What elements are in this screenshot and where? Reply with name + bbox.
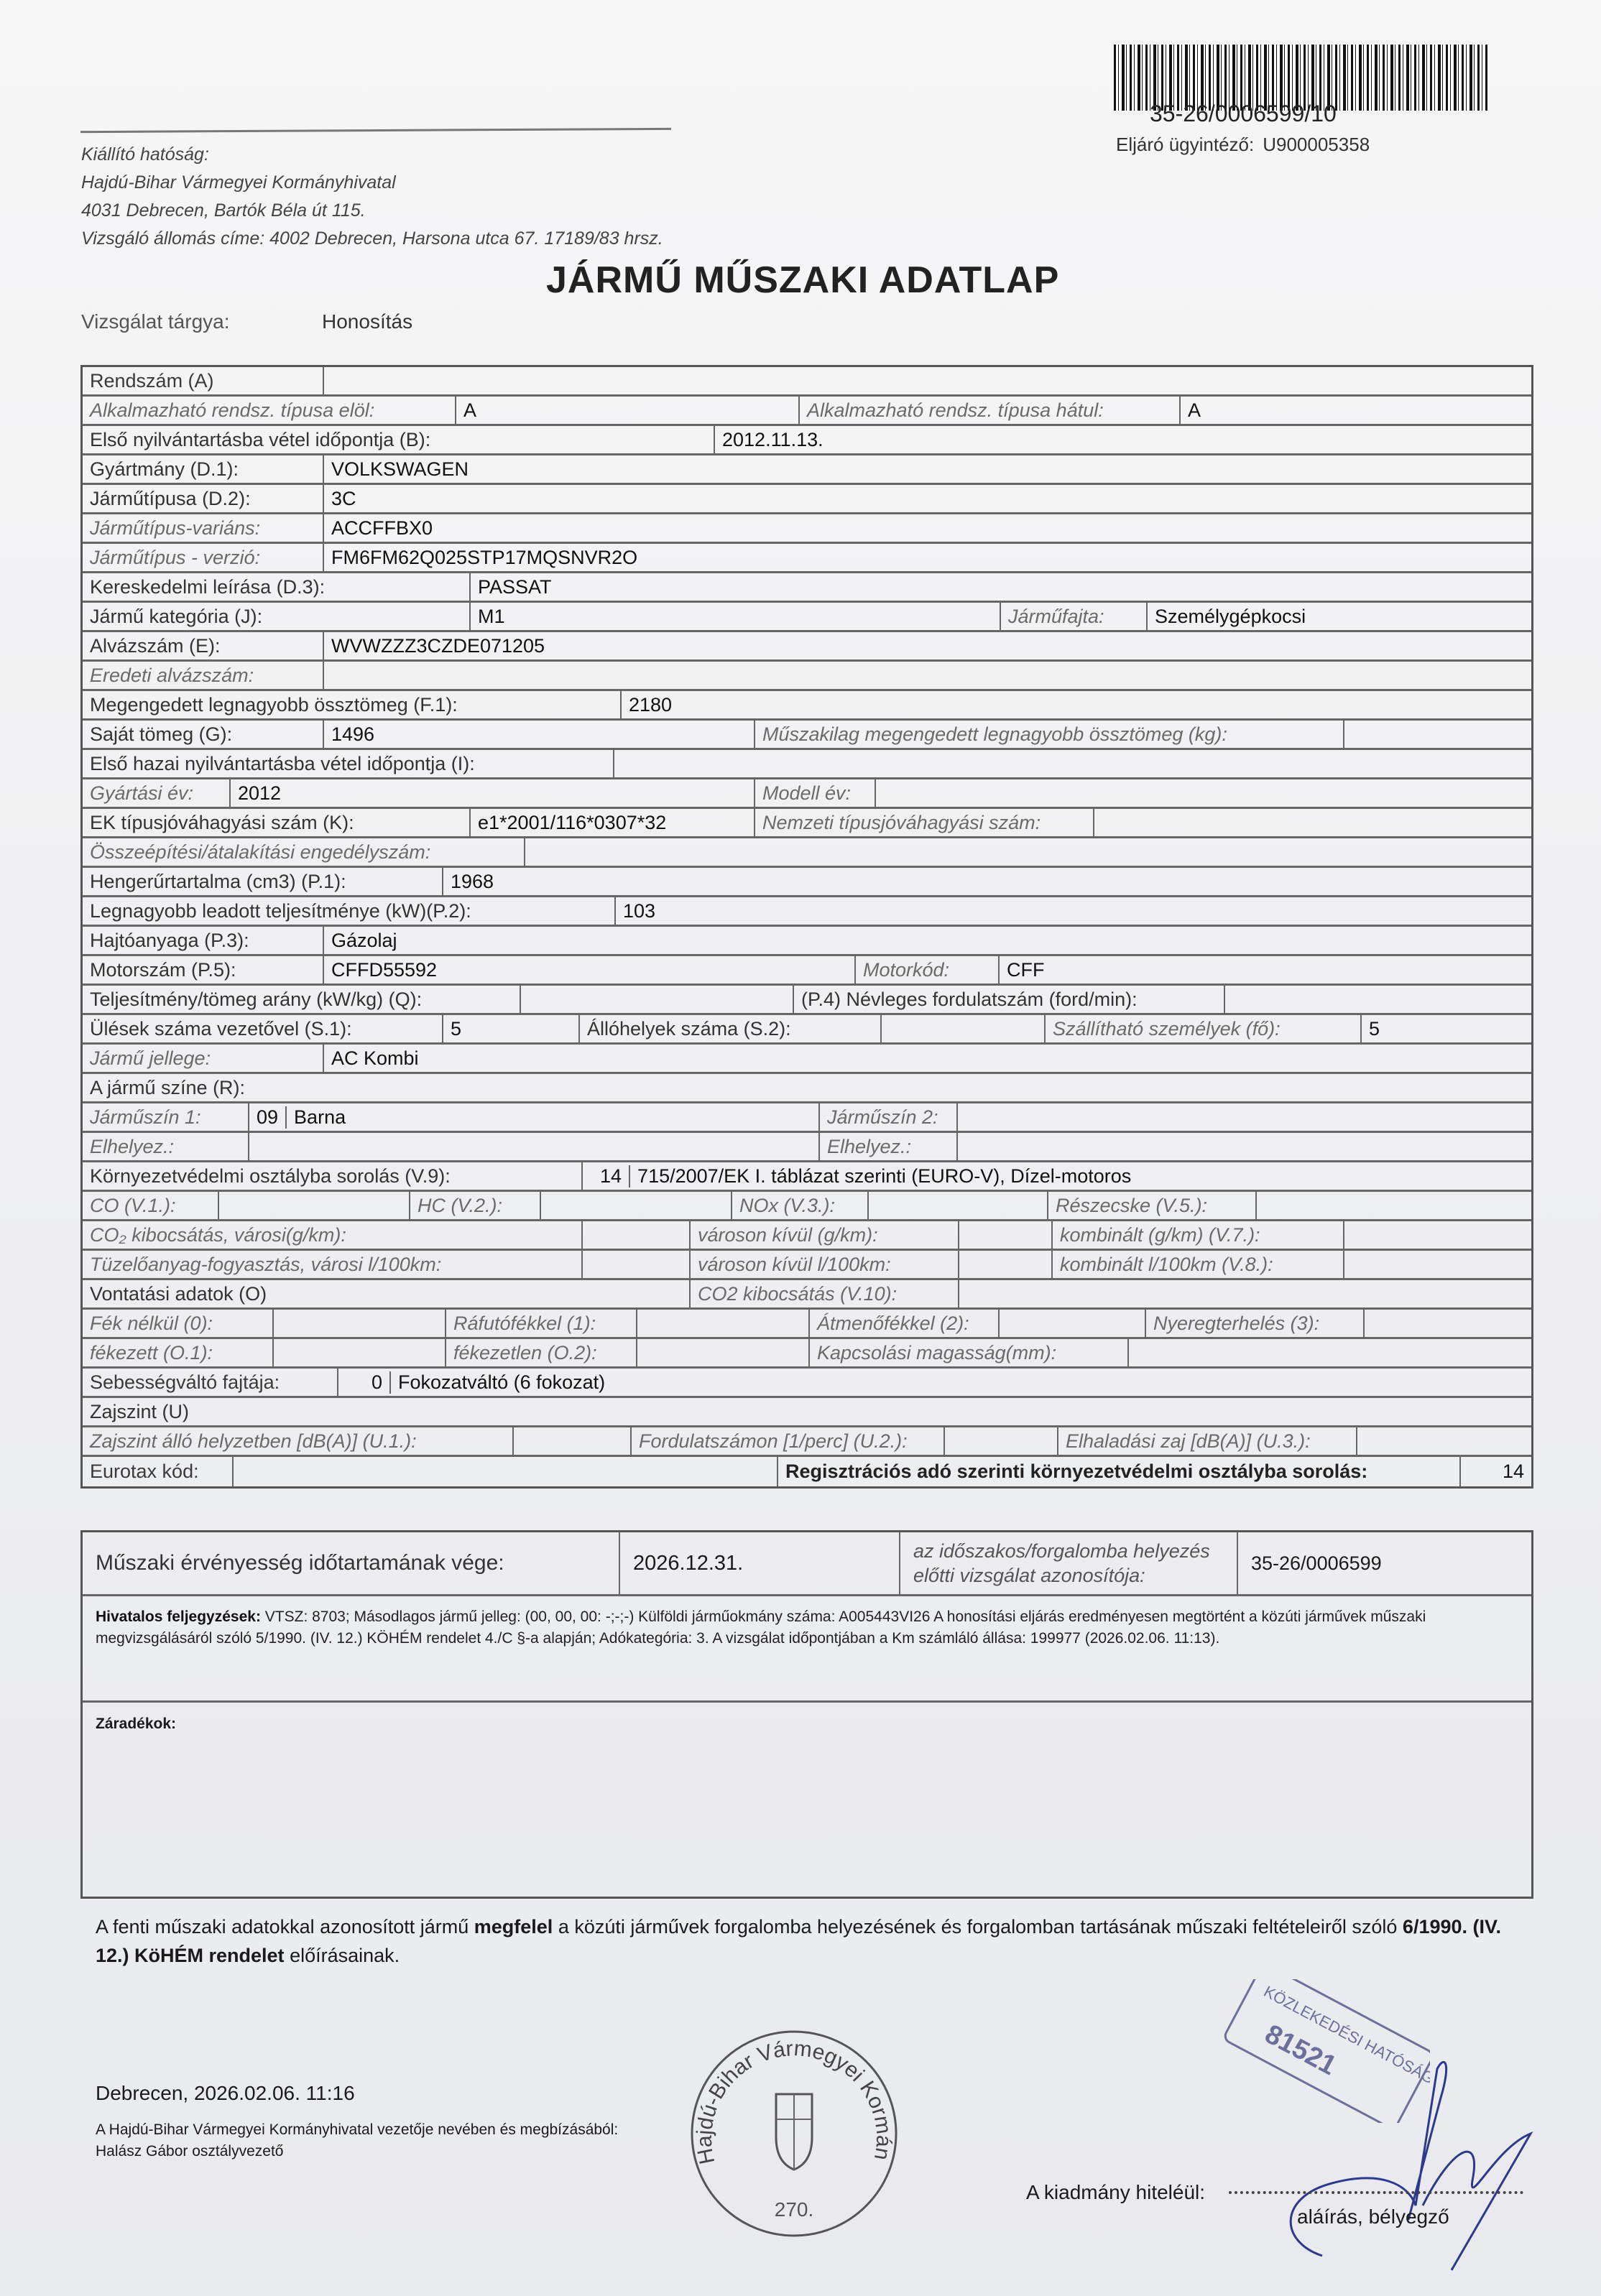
label-own-mass: Saját tömeg (G): [83, 721, 324, 748]
clauses-box: Záradékok: [83, 1703, 1531, 1897]
label-category: Jármű kategória (J): [83, 603, 471, 630]
value-plate-rear: A [1181, 397, 1531, 424]
row-placement: Elhelyez.: Elhelyez.: [83, 1133, 1531, 1162]
signature-caption: aláírás, bélyegző [1297, 2205, 1449, 2228]
notes-title: Hivatalos feljegyzések: [96, 1608, 261, 1625]
svg-text:270.: 270. [775, 2198, 814, 2221]
env-class-desc: 715/2007/EK I. táblázat szerinti (EURO-V… [629, 1165, 1131, 1188]
label-plate-front: Alkalmazható rendsz. típusa elöl: [83, 397, 456, 424]
label-vin: Alvázszám (E): [83, 632, 324, 659]
value-fuel-city [583, 1251, 691, 1278]
label-color: A jármű színe (R): [83, 1074, 1531, 1101]
barcode-number: 35-26/0006599/10 [1150, 101, 1337, 127]
conformity-statement: A fenti műszaki adatokkal azonosított já… [96, 1912, 1533, 1970]
label-co2-city: CO₂ kibocsátás, városi(g/km): [83, 1221, 583, 1249]
value-category: M1 [471, 603, 1001, 630]
vehicle-data-table: Rendszám (A) Alkalmazható rendsz. típusa… [80, 365, 1533, 1489]
label-coupling: Kapcsolási magasság(mm): [810, 1339, 1129, 1366]
case-handler: Eljáró ügyintéző:U900005358 [1116, 134, 1370, 156]
value-noise-stat [514, 1427, 632, 1455]
value-color2 [958, 1103, 1531, 1131]
value-fuel: Gázolaj [324, 927, 1531, 954]
station-address: Vizsgáló állomás címe: 4002 Debrecen, Ha… [81, 225, 663, 253]
label-engine-no: Motorszám (P.5): [83, 956, 324, 983]
label-co2-extra: városon kívül (g/km): [691, 1221, 959, 1249]
case-handler-label: Eljáró ügyintéző: [1116, 134, 1254, 155]
label-fuel-city: Tüzelőanyag-fogyasztás, városi l/100km: [83, 1251, 583, 1278]
label-noise: Zajszint (U) [83, 1398, 1531, 1425]
row-color1: Járműszín 1: 09 Barna Járműszín 2: [83, 1103, 1531, 1133]
value-make: VOLKSWAGEN [324, 455, 1531, 483]
row-vin: Alvázszám (E): WVWZZZ3CZDE071205 [83, 632, 1531, 662]
label-model-year: Modell év: [755, 779, 876, 807]
certify-label: A kiadmány hiteléül: [1026, 2181, 1205, 2204]
row-gearbox: Sebességváltó fajtája: 0 Fokozatváltó (6… [83, 1369, 1531, 1398]
value-place2 [958, 1133, 1531, 1160]
label-tech-mass: Műszakilag megengedett legnagyobb össztö… [755, 721, 1344, 748]
value-reg-tax: 14 [1461, 1457, 1531, 1486]
validity-value: 2026.12.31. [620, 1532, 900, 1594]
clauses-label: Záradékok: [96, 1716, 176, 1732]
row-type: Járműtípusa (D.2): 3C [83, 485, 1531, 514]
row-displacement: Hengerűrtartalma (cm3) (P.1): 1968 [83, 868, 1531, 897]
signer-name: Halász Gábor osztályvezető [96, 2141, 618, 2162]
label-through: Átmenőfékkel (2): [810, 1310, 1000, 1337]
value-tech-mass [1344, 721, 1531, 748]
row-pw-ratio: Teljesítmény/tömeg arány (kW/kg) (Q): (P… [83, 986, 1531, 1015]
label-eurotax: Eurotax kód: [83, 1457, 234, 1486]
label-power: Legnagyobb leadott teljesítménye (kW)(P.… [83, 897, 616, 925]
row-plate-type: Alkalmazható rendsz. típusa elöl: A Alka… [83, 397, 1531, 426]
value-prod-year: 2012 [231, 779, 755, 807]
label-type: Járműtípusa (D.2): [83, 485, 324, 512]
row-emissions: CO (V.1.): HC (V.2.): NOx (V.3.): Részec… [83, 1192, 1531, 1221]
conform-text-1: A fenti műszaki adatokkal azonosított já… [96, 1916, 474, 1938]
label-first-reg: Első nyilvántartásba vétel időpontja (B)… [83, 426, 715, 453]
row-version: Járműtípus - verzió: FM6FM62Q025STP17MQS… [83, 544, 1531, 573]
label-fuel-extra: városon kívül l/100km: [691, 1251, 959, 1278]
value-conversion [525, 838, 1531, 866]
value-first-dom-reg [614, 750, 1531, 777]
value-fuel-comb [1344, 1251, 1531, 1278]
label-rpm: (P.4) Névleges fordulatszám (ford/min): [794, 986, 1225, 1013]
label-env-class: Környezetvédelmi osztályba sorolás (V.9)… [83, 1162, 583, 1190]
issuer-label: Kiállító hatóság: [81, 141, 663, 169]
conform-text-3: előírásainak. [285, 1945, 400, 1966]
label-conversion: Összeépítési/átalakítási engedélyszám: [83, 838, 525, 866]
label-orig-vin: Eredeti alvázszám: [83, 662, 324, 689]
label-version: Járműtípus - verzió: [83, 544, 324, 571]
row-conversion: Összeépítési/átalakítási engedélyszám: [83, 838, 1531, 868]
label-plate-rear: Alkalmazható rendsz. típusa hátul: [800, 397, 1181, 424]
label-co2-comb: kombinált (g/km) (V.7.): [1053, 1221, 1344, 1249]
row-first-reg: Első nyilvántartásba vétel időpontja (B)… [83, 426, 1531, 455]
label-color1: Járműszín 1: [83, 1103, 249, 1131]
value-nat-approval [1094, 809, 1531, 836]
row-variant: Járműtípus-variáns: ACCFFBX0 [83, 514, 1531, 544]
row-noise: Zajszint álló helyzetben [dB(A)] (U.1.):… [83, 1427, 1531, 1457]
value-engine-code: CFF [1000, 956, 1531, 983]
label-make: Gyártmány (D.1): [83, 455, 324, 483]
label-unbraked: fékezetlen (O.2): [446, 1339, 637, 1366]
color1-name: Barna [285, 1106, 346, 1129]
value-standing [882, 1015, 1046, 1042]
row-fuel: Hajtóanyaga (P.3): Gázolaj [83, 927, 1531, 956]
row-max-mass: Megengedett legnagyobb össztömeg (F.1): … [83, 691, 1531, 721]
row-co2: CO₂ kibocsátás, városi(g/km): városon kí… [83, 1221, 1531, 1251]
issuer-block: Kiállító hatóság: Hajdú-Bihar Vármegyei … [81, 141, 663, 253]
row-engine: Motorszám (P.5): CFFD55592 Motorkód: CFF [83, 956, 1531, 986]
header-rule [80, 128, 671, 133]
label-co2-v10: CO2 kibocsátás (V.10): [691, 1280, 959, 1307]
label-overrun: Ráfutófékkel (1): [446, 1310, 637, 1337]
value-co2-city [583, 1221, 691, 1249]
row-orig-vin: Eredeti alvázszám: [83, 662, 1531, 691]
row-make: Gyártmány (D.1): VOLKSWAGEN [83, 455, 1531, 485]
label-no-brake: Fék nélkül (0): [83, 1310, 274, 1337]
notes-text: VTSZ: 8703; Másodlagos jármű jelleg: (00… [96, 1608, 1426, 1647]
label-reg-tax: Regisztrációs adó szerinti környezetvéde… [778, 1457, 1461, 1486]
row-env-class: Környezetvédelmi osztályba sorolás (V.9)… [83, 1162, 1531, 1192]
label-variant: Járműtípus-variáns: [83, 514, 324, 542]
row-own-mass: Saját tömeg (G): 1496 Műszakilag megenge… [83, 721, 1531, 750]
value-place1 [249, 1133, 820, 1160]
value-co [219, 1192, 410, 1219]
value-fuel-extra [959, 1251, 1053, 1278]
round-seal-icon: Hajdú-Bihar Vármegyei Kormányhivatal 270… [686, 2026, 902, 2241]
label-engine-code: Motorkód: [856, 956, 1000, 983]
label-saddle: Nyeregterhelés (3): [1146, 1310, 1365, 1337]
row-seats: Ülések száma vezetővel (S.1): 5 Állóhely… [83, 1015, 1531, 1045]
signature-icon [1236, 2040, 1538, 2277]
value-trade: PASSAT [471, 573, 1531, 601]
signer-line-1: A Hajdú-Bihar Vármegyei Kormányhivatal v… [96, 2119, 618, 2141]
label-persons: Szállítható személyek (fő): [1046, 1015, 1362, 1042]
issuer-address: 4031 Debrecen, Bartók Béla út 115. [81, 197, 663, 225]
value-noise-rpm [945, 1427, 1058, 1455]
gearbox-code: 0 [372, 1371, 382, 1394]
value-pw-ratio [521, 986, 794, 1013]
row-fuel-cons: Tüzelőanyag-fogyasztás, városi l/100km: … [83, 1251, 1531, 1280]
label-rendszam: Rendszám (A) [83, 367, 324, 394]
conform-text-2: a közúti járművek forgalomba helyezéséne… [553, 1916, 1403, 1938]
value-no-brake [274, 1310, 446, 1337]
value-rpm [1225, 986, 1531, 1013]
validity-row: Műszaki érvényesség időtartamának vége: … [83, 1532, 1531, 1596]
label-first-dom-reg: Első hazai nyilvántartásba vétel időpont… [83, 750, 614, 777]
row-power: Legnagyobb leadott teljesítménye (kW)(P.… [83, 897, 1531, 927]
value-type: 3C [324, 485, 1531, 512]
value-co2-comb [1344, 1221, 1531, 1249]
issuer-name: Hajdú-Bihar Vármegyei Kormányhivatal [81, 169, 663, 197]
value-first-reg: 2012.11.13. [715, 426, 1531, 453]
case-handler-value: U900005358 [1263, 134, 1370, 155]
label-seats: Ülések száma vezetővel (S.1): [83, 1015, 443, 1042]
value-particle [1257, 1192, 1531, 1219]
value-eurotax [234, 1457, 778, 1486]
value-ec-approval: e1*2001/116*0307*32 [471, 809, 755, 836]
color1-code: 09 [257, 1106, 278, 1129]
value-through [1000, 1310, 1146, 1337]
row-trade: Kereskedelmi leírása (D.3): PASSAT [83, 573, 1531, 603]
label-displacement: Hengerűrtartalma (cm3) (P.1): [83, 868, 443, 895]
prior-exam-value: 35-26/0006599 [1238, 1532, 1531, 1594]
value-kind: Személygépkocsi [1148, 603, 1531, 630]
value-orig-vin [324, 662, 1531, 689]
value-variant: ACCFFBX0 [324, 514, 1531, 542]
value-persons: 5 [1362, 1015, 1531, 1042]
document-page: 35-26/0006599/10 Eljáró ügyintéző:U90000… [0, 0, 1601, 2296]
row-braked: fékezett (O.1): fékezetlen (O.2): Kapcso… [83, 1339, 1531, 1369]
row-first-dom-reg: Első hazai nyilvántartásba vétel időpont… [83, 750, 1531, 779]
subject-value: Honosítás [322, 310, 412, 333]
value-co2-v10 [959, 1280, 1531, 1307]
label-pw-ratio: Teljesítmény/tömeg arány (kW/kg) (Q): [83, 986, 521, 1013]
page-title: JÁRMŰ MŰSZAKI ADATLAP [546, 259, 1059, 302]
value-coupling [1129, 1339, 1531, 1366]
row-color-title: A jármű színe (R): [83, 1074, 1531, 1103]
label-co: CO (V.1.): [83, 1192, 219, 1219]
place-date: Debrecen, 2026.02.06. 11:16 [96, 2082, 355, 2105]
value-power: 103 [616, 897, 1531, 925]
value-engine-no: CFFD55592 [324, 956, 856, 983]
label-color2: Járműszín 2: [820, 1103, 958, 1131]
row-rendszam: Rendszám (A) [83, 367, 1531, 397]
prior-exam-label: az időszakos/forgalomba helyezés előtti … [900, 1532, 1238, 1594]
value-vin: WVWZZZ3CZDE071205 [324, 632, 1531, 659]
value-rendszam [324, 367, 1531, 394]
value-plate-front: A [456, 397, 800, 424]
row-character: Jármű jellege: AC Kombi [83, 1045, 1531, 1074]
value-character: AC Kombi [324, 1045, 1531, 1072]
label-noise-pass: Elhaladási zaj [dB(A)] (U.3.): [1058, 1427, 1357, 1455]
row-category: Jármű kategória (J): M1 Járműfajta: Szem… [83, 603, 1531, 632]
label-noise-rpm: Fordulatszámon [1/perc] (U.2.): [632, 1427, 945, 1455]
signature-line [1229, 2177, 1523, 2194]
label-noise-stat: Zajszint álló helyzetben [dB(A)] (U.1.): [83, 1427, 514, 1455]
label-prod-year: Gyártási év: [83, 779, 231, 807]
env-class-code: 14 [600, 1165, 622, 1188]
row-towing: Vontatási adatok (O) CO2 kibocsátás (V.1… [83, 1280, 1531, 1310]
row-noise-title: Zajszint (U) [83, 1398, 1531, 1427]
value-hc [541, 1192, 732, 1219]
value-nox [869, 1192, 1048, 1219]
value-seats: 5 [443, 1015, 580, 1042]
label-hc: HC (V.2.): [410, 1192, 541, 1219]
value-displacement: 1968 [443, 868, 1531, 895]
value-braked [274, 1339, 446, 1366]
conform-bold-1: megfelel [474, 1916, 553, 1938]
value-color1: 09 Barna [249, 1103, 820, 1131]
label-fuel: Hajtóanyaga (P.3): [83, 927, 324, 954]
value-max-mass: 2180 [622, 691, 1531, 718]
value-gearbox: 0 Fokozatváltó (6 fokozat) [338, 1369, 1531, 1396]
label-nat-approval: Nemzeti típusjóváhagyási szám: [755, 809, 1094, 836]
row-eurotax: Eurotax kód: Regisztrációs adó szerinti … [83, 1457, 1531, 1486]
svg-text:Hajdú-Bihar Vármegyei Kormányh: Hajdú-Bihar Vármegyei Kormányhivatal [686, 2026, 895, 2166]
label-ec-approval: EK típusjóváhagyási szám (K): [83, 809, 471, 836]
label-particle: Részecske (V.5.): [1048, 1192, 1257, 1219]
label-place2: Elhelyez.: [820, 1133, 958, 1160]
label-max-mass: Megengedett legnagyobb össztömeg (F.1): [83, 691, 622, 718]
validity-box: Műszaki érvényesség időtartamának vége: … [80, 1530, 1533, 1899]
value-model-year [876, 779, 1531, 807]
official-notes: Hivatalos feljegyzések: VTSZ: 8703; Máso… [83, 1596, 1531, 1703]
value-noise-pass [1357, 1427, 1531, 1455]
label-towing: Vontatási adatok (O) [83, 1280, 691, 1307]
value-version: FM6FM62Q025STP17MQSNVR2O [324, 544, 1531, 571]
label-gearbox: Sebességváltó fajtája: [83, 1369, 338, 1396]
value-own-mass: 1496 [324, 721, 755, 748]
label-nox: NOx (V.3.): [732, 1192, 869, 1219]
signer-block: A Hajdú-Bihar Vármegyei Kormányhivatal v… [96, 2119, 618, 2162]
label-place1: Elhelyez.: [83, 1133, 249, 1160]
label-character: Jármű jellege: [83, 1045, 324, 1072]
value-saddle [1365, 1310, 1531, 1337]
row-brakes: Fék nélkül (0): Ráfutófékkel (1): Átmenő… [83, 1310, 1531, 1339]
value-unbraked [637, 1339, 810, 1366]
label-braked: fékezett (O.1): [83, 1339, 274, 1366]
label-trade: Kereskedelmi leírása (D.3): [83, 573, 471, 601]
label-standing: Állóhelyek száma (S.2): [580, 1015, 882, 1042]
value-env-class: 14 715/2007/EK I. táblázat szerinti (EUR… [583, 1162, 1531, 1190]
gearbox-desc: Fokozatváltó (6 fokozat) [389, 1371, 605, 1394]
validity-label: Műszaki érvényesség időtartamának vége: [83, 1532, 620, 1594]
row-ec-approval: EK típusjóváhagyási szám (K): e1*2001/11… [83, 809, 1531, 838]
value-overrun [637, 1310, 810, 1337]
subject-label: Vizsgálat tárgya: [81, 310, 230, 333]
row-prod-year: Gyártási év: 2012 Modell év: [83, 779, 1531, 809]
label-kind: Járműfajta: [1001, 603, 1148, 630]
value-co2-extra [959, 1221, 1053, 1249]
label-fuel-comb: kombinált l/100km (V.8.): [1053, 1251, 1344, 1278]
